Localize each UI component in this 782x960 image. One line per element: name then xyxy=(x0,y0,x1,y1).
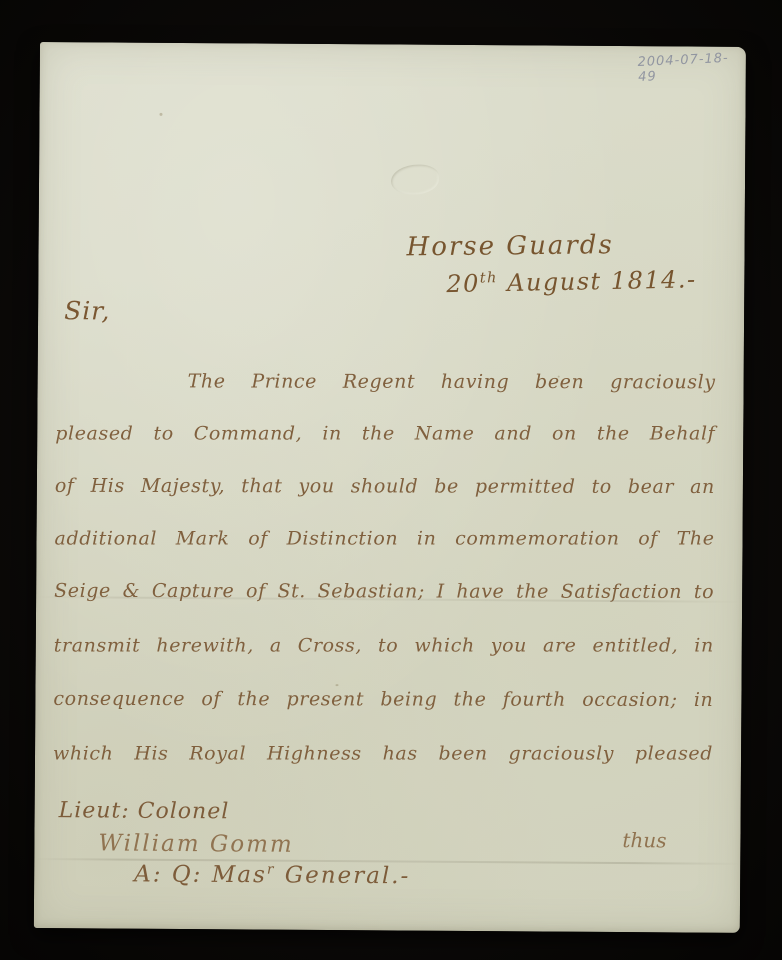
body-line: additional Mark of Distinction in commem… xyxy=(55,527,715,549)
paper-blemish xyxy=(391,164,439,194)
date-rest: August 1814.- xyxy=(498,265,697,297)
date-number: 20 xyxy=(446,269,480,298)
letter-paper: 2004-07-18-49 Horse Guards 20th August 1… xyxy=(34,42,746,933)
body-line: Seige & Capture of St. Sebastian; I have… xyxy=(54,580,714,603)
archive-number: 2004-07-18-49 xyxy=(637,50,746,85)
body-line: consequence of the present being the fou… xyxy=(53,688,713,711)
letterhead-place: Horse Guards xyxy=(406,230,613,262)
salutation: Sir, xyxy=(64,296,110,325)
date-ordinal: th xyxy=(480,270,498,286)
signature-rank: Lieut: Colonel xyxy=(59,798,230,824)
body-line: The Prince Regent having been graciously xyxy=(188,370,716,393)
paper-speck xyxy=(336,684,339,686)
signature-name: William Gomm xyxy=(98,830,294,857)
body-line: pleased to Command, in the Name and on t… xyxy=(55,422,715,444)
catchword: thus xyxy=(622,828,666,852)
body-line: transmit herewith, a Cross, to which you… xyxy=(54,634,714,656)
body-line: of His Majesty, that you should be permi… xyxy=(55,475,715,498)
signature-title-end: General.- xyxy=(275,862,410,889)
paper-speck xyxy=(159,113,162,116)
photo-background: 2004-07-18-49 Horse Guards 20th August 1… xyxy=(0,0,782,960)
body-line: which His Royal Highness has been gracio… xyxy=(53,742,713,764)
signature-title: A: Q: Masr General.- xyxy=(134,861,410,890)
signature-title-main: A: Q: Mas xyxy=(134,861,267,888)
letterhead-date: 20th August 1814.- xyxy=(446,265,697,298)
